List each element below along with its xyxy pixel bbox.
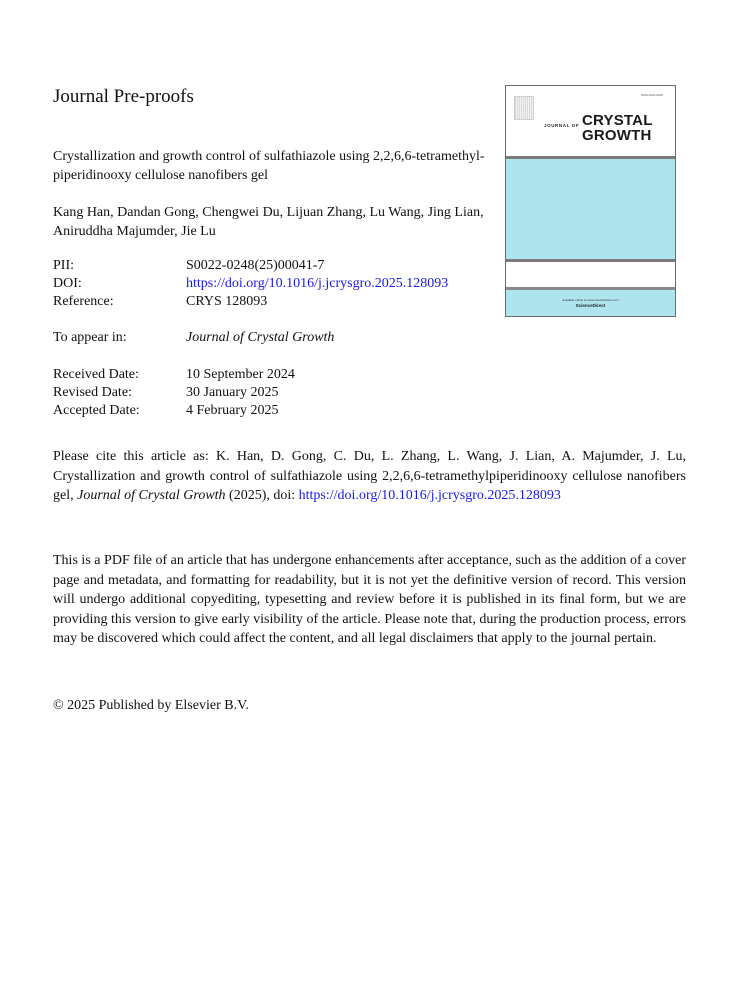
journal-pre-proofs-heading: Journal Pre-proofs bbox=[53, 86, 194, 108]
cover-title-growth: GROWTH bbox=[582, 128, 652, 143]
reference-label: Reference: bbox=[53, 293, 114, 311]
received-value: 10 September 2024 bbox=[186, 366, 295, 384]
accepted-value: 4 February 2025 bbox=[186, 402, 279, 420]
copyright-notice: © 2025 Published by Elsevier B.V. bbox=[53, 697, 249, 715]
revised-label: Revised Date: bbox=[53, 384, 132, 402]
pii-value: S0022-0248(25)00041-7 bbox=[186, 257, 324, 275]
article-title: Crystallization and growth control of su… bbox=[53, 148, 493, 185]
citation-journal: Journal of Crystal Growth bbox=[77, 488, 225, 503]
disclaimer-paragraph: This is a PDF file of an article that ha… bbox=[53, 551, 686, 649]
doi-link[interactable]: https://doi.org/10.1016/j.jcrysgro.2025.… bbox=[186, 275, 448, 293]
doi-label: DOI: bbox=[53, 275, 82, 293]
cover-available-online: available online at www.sciencedirect.co… bbox=[506, 298, 675, 302]
revised-value: 30 January 2025 bbox=[186, 384, 279, 402]
appear-in-journal: Journal of Crystal Growth bbox=[186, 329, 334, 347]
journal-cover-image: ISSN 0022-0248 JOURNAL OF CRYSTAL GROWTH… bbox=[505, 85, 676, 317]
citation-year-doi: (2025), doi: bbox=[226, 488, 299, 503]
accepted-label: Accepted Date: bbox=[53, 402, 140, 420]
cover-title-crystal: CRYSTAL bbox=[582, 113, 653, 128]
reference-value: CRYS 128093 bbox=[186, 293, 267, 311]
citation-paragraph: Please cite this article as: K. Han, D. … bbox=[53, 447, 686, 506]
cover-sciencedirect: ScienceDirect bbox=[506, 303, 675, 308]
cover-journal-of: JOURNAL OF bbox=[544, 123, 579, 128]
appear-in-label: To appear in: bbox=[53, 329, 127, 347]
cover-blue-panel bbox=[506, 159, 675, 259]
author-list: Kang Han, Dandan Gong, Chengwei Du, Liju… bbox=[53, 204, 493, 241]
cover-issn: ISSN 0022-0248 bbox=[641, 93, 663, 97]
elsevier-tree-logo-icon bbox=[514, 96, 534, 120]
citation-doi-link[interactable]: https://doi.org/10.1016/j.jcrysgro.2025.… bbox=[299, 488, 561, 503]
pii-label: PII: bbox=[53, 257, 74, 275]
cover-white-band bbox=[506, 262, 675, 287]
received-label: Received Date: bbox=[53, 366, 139, 384]
